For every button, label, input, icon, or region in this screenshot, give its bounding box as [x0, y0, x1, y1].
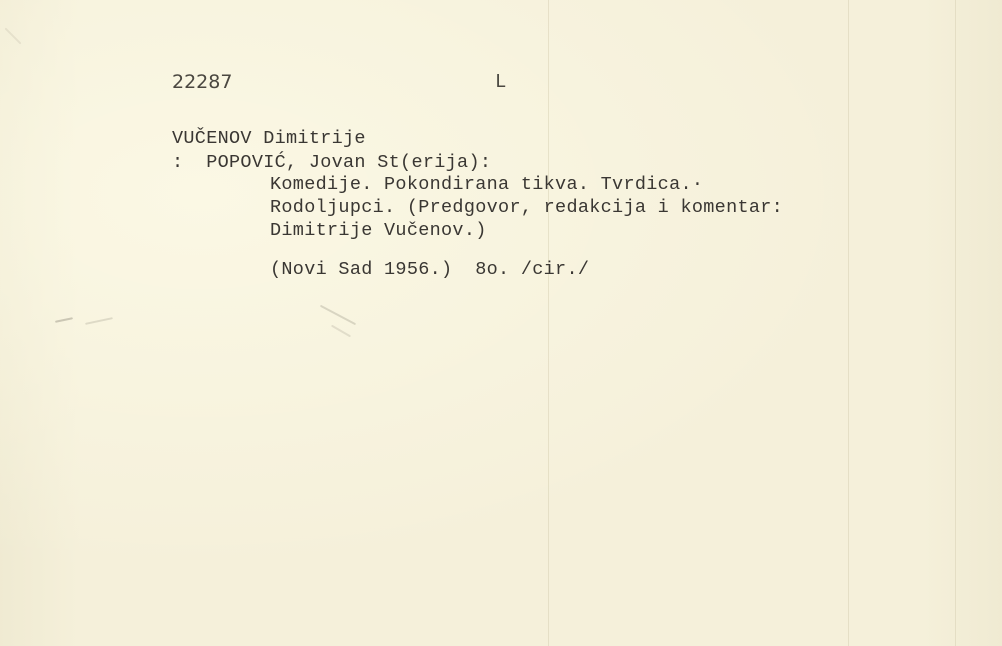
paper-crease	[548, 0, 549, 646]
catalog-card: 22287 L VUČENOV Dimitrije : POPOVIĆ, Jov…	[0, 0, 1002, 646]
ink-smudge	[331, 325, 351, 338]
entry-line: Komedije. Pokondirana tikva. Tvrdica.·	[270, 174, 703, 195]
entry-line: : POPOVIĆ, Jovan St(erija):	[172, 152, 491, 173]
ink-smudge	[5, 28, 22, 45]
accession-number: 22287	[172, 71, 232, 93]
ink-smudge	[55, 317, 73, 323]
imprint-line: (Novi Sad 1956.) 8o. /cir./	[270, 259, 589, 280]
paper-crease	[848, 0, 849, 646]
paper-crease	[955, 0, 956, 646]
location-code: L	[495, 71, 507, 93]
entry-line: Rodoljupci. (Predgovor, redakcija i kome…	[270, 197, 783, 218]
ink-smudge	[320, 305, 356, 326]
entry-line: Dimitrije Vučenov.)	[270, 220, 487, 241]
ink-smudge	[85, 317, 113, 325]
card-heading: VUČENOV Dimitrije	[172, 128, 366, 149]
